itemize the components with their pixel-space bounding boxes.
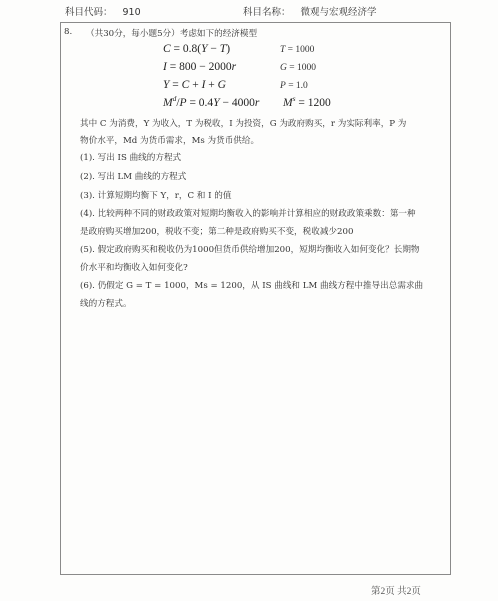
- part-5: (5). 假定政府购买和税收仍为1000但货币供给增加200，短期均衡收入如何变…: [80, 243, 420, 255]
- part-text: 仍假定 G = T = 1000，Ms = 1200，从 IS 曲线和 LM 曲…: [98, 281, 423, 291]
- part-3: (3). 计算短期均衡下 Y，r，C 和 I 的值: [80, 189, 231, 201]
- equation-investment: I = 800 − 2000r: [163, 61, 236, 73]
- subject-code-value: 910: [123, 7, 141, 18]
- part-5-continued: 价水平和均衡收入如何变化?: [80, 261, 188, 273]
- equation-price: P = 1.0: [280, 81, 308, 91]
- part-label: (2).: [80, 172, 95, 182]
- part-6: (6). 仍假定 G = T = 1000，Ms = 1200，从 IS 曲线和…: [80, 279, 423, 291]
- subject-code-label: 科目代码：: [65, 7, 113, 18]
- part-4: (4). 比较两种不同的财政政策对短期均衡收入的影响并计算相应的财政政策乘数：第…: [80, 207, 416, 219]
- equation-government: G = 1000: [280, 63, 316, 73]
- equation-consumption: C = 0.8(Y − T): [163, 43, 230, 55]
- part-label: (6).: [80, 281, 95, 291]
- part-label: (3).: [80, 191, 95, 201]
- page-number: 第2页 共2页: [371, 583, 421, 597]
- part-text: 比较两种不同的财政政策对短期均衡收入的影响并计算相应的财政政策乘数：第一种: [98, 209, 416, 219]
- equation-tax: T = 1000: [280, 45, 314, 55]
- definitions-line-1: 其中 C 为消费，Y 为收入，T 为税收，I 为投资，G 为政府购买，r 为实际…: [80, 117, 406, 129]
- part-4-continued: 是政府购买增加200，税收不变；第二种是政府购买不变，税收减少200: [80, 225, 353, 237]
- part-label: (5).: [80, 245, 95, 255]
- subject-name-label: 科目名称：: [243, 7, 291, 18]
- part-2: (2). 写出 LM 曲线的方程式: [80, 170, 186, 182]
- question-number: 8.: [64, 27, 72, 37]
- part-label: (4).: [80, 209, 95, 219]
- equation-money-demand: Md/P = 0.4Y − 4000r: [163, 97, 259, 109]
- part-text: 假定政府购买和税收仍为1000但货币供给增加200，短期均衡收入如何变化？长期物: [98, 245, 420, 255]
- subject-name: 科目名称：微观与宏观经济学: [243, 4, 377, 18]
- definitions-line-2: 物价水平，Md 为货币需求，Ms 为货币供给。: [80, 134, 259, 146]
- subject-name-value: 微观与宏观经济学: [301, 7, 377, 18]
- part-1: (1). 写出 IS 曲线的方程式: [80, 151, 181, 163]
- equation-money-supply: Ms = 1200: [283, 97, 331, 109]
- part-label: (1).: [80, 153, 95, 163]
- part-text: 写出 LM 曲线的方程式: [98, 172, 187, 182]
- part-6-continued: 线的方程式。: [80, 297, 132, 309]
- question-intro: （共30分，每小题5分）考虑如下的经济模型: [86, 27, 257, 39]
- part-text: 计算短期均衡下 Y，r，C 和 I 的值: [98, 191, 232, 201]
- subject-code: 科目代码：910: [65, 4, 141, 18]
- part-text: 写出 IS 曲线的方程式: [98, 153, 182, 163]
- equation-income: Y = C + I + G: [163, 79, 226, 91]
